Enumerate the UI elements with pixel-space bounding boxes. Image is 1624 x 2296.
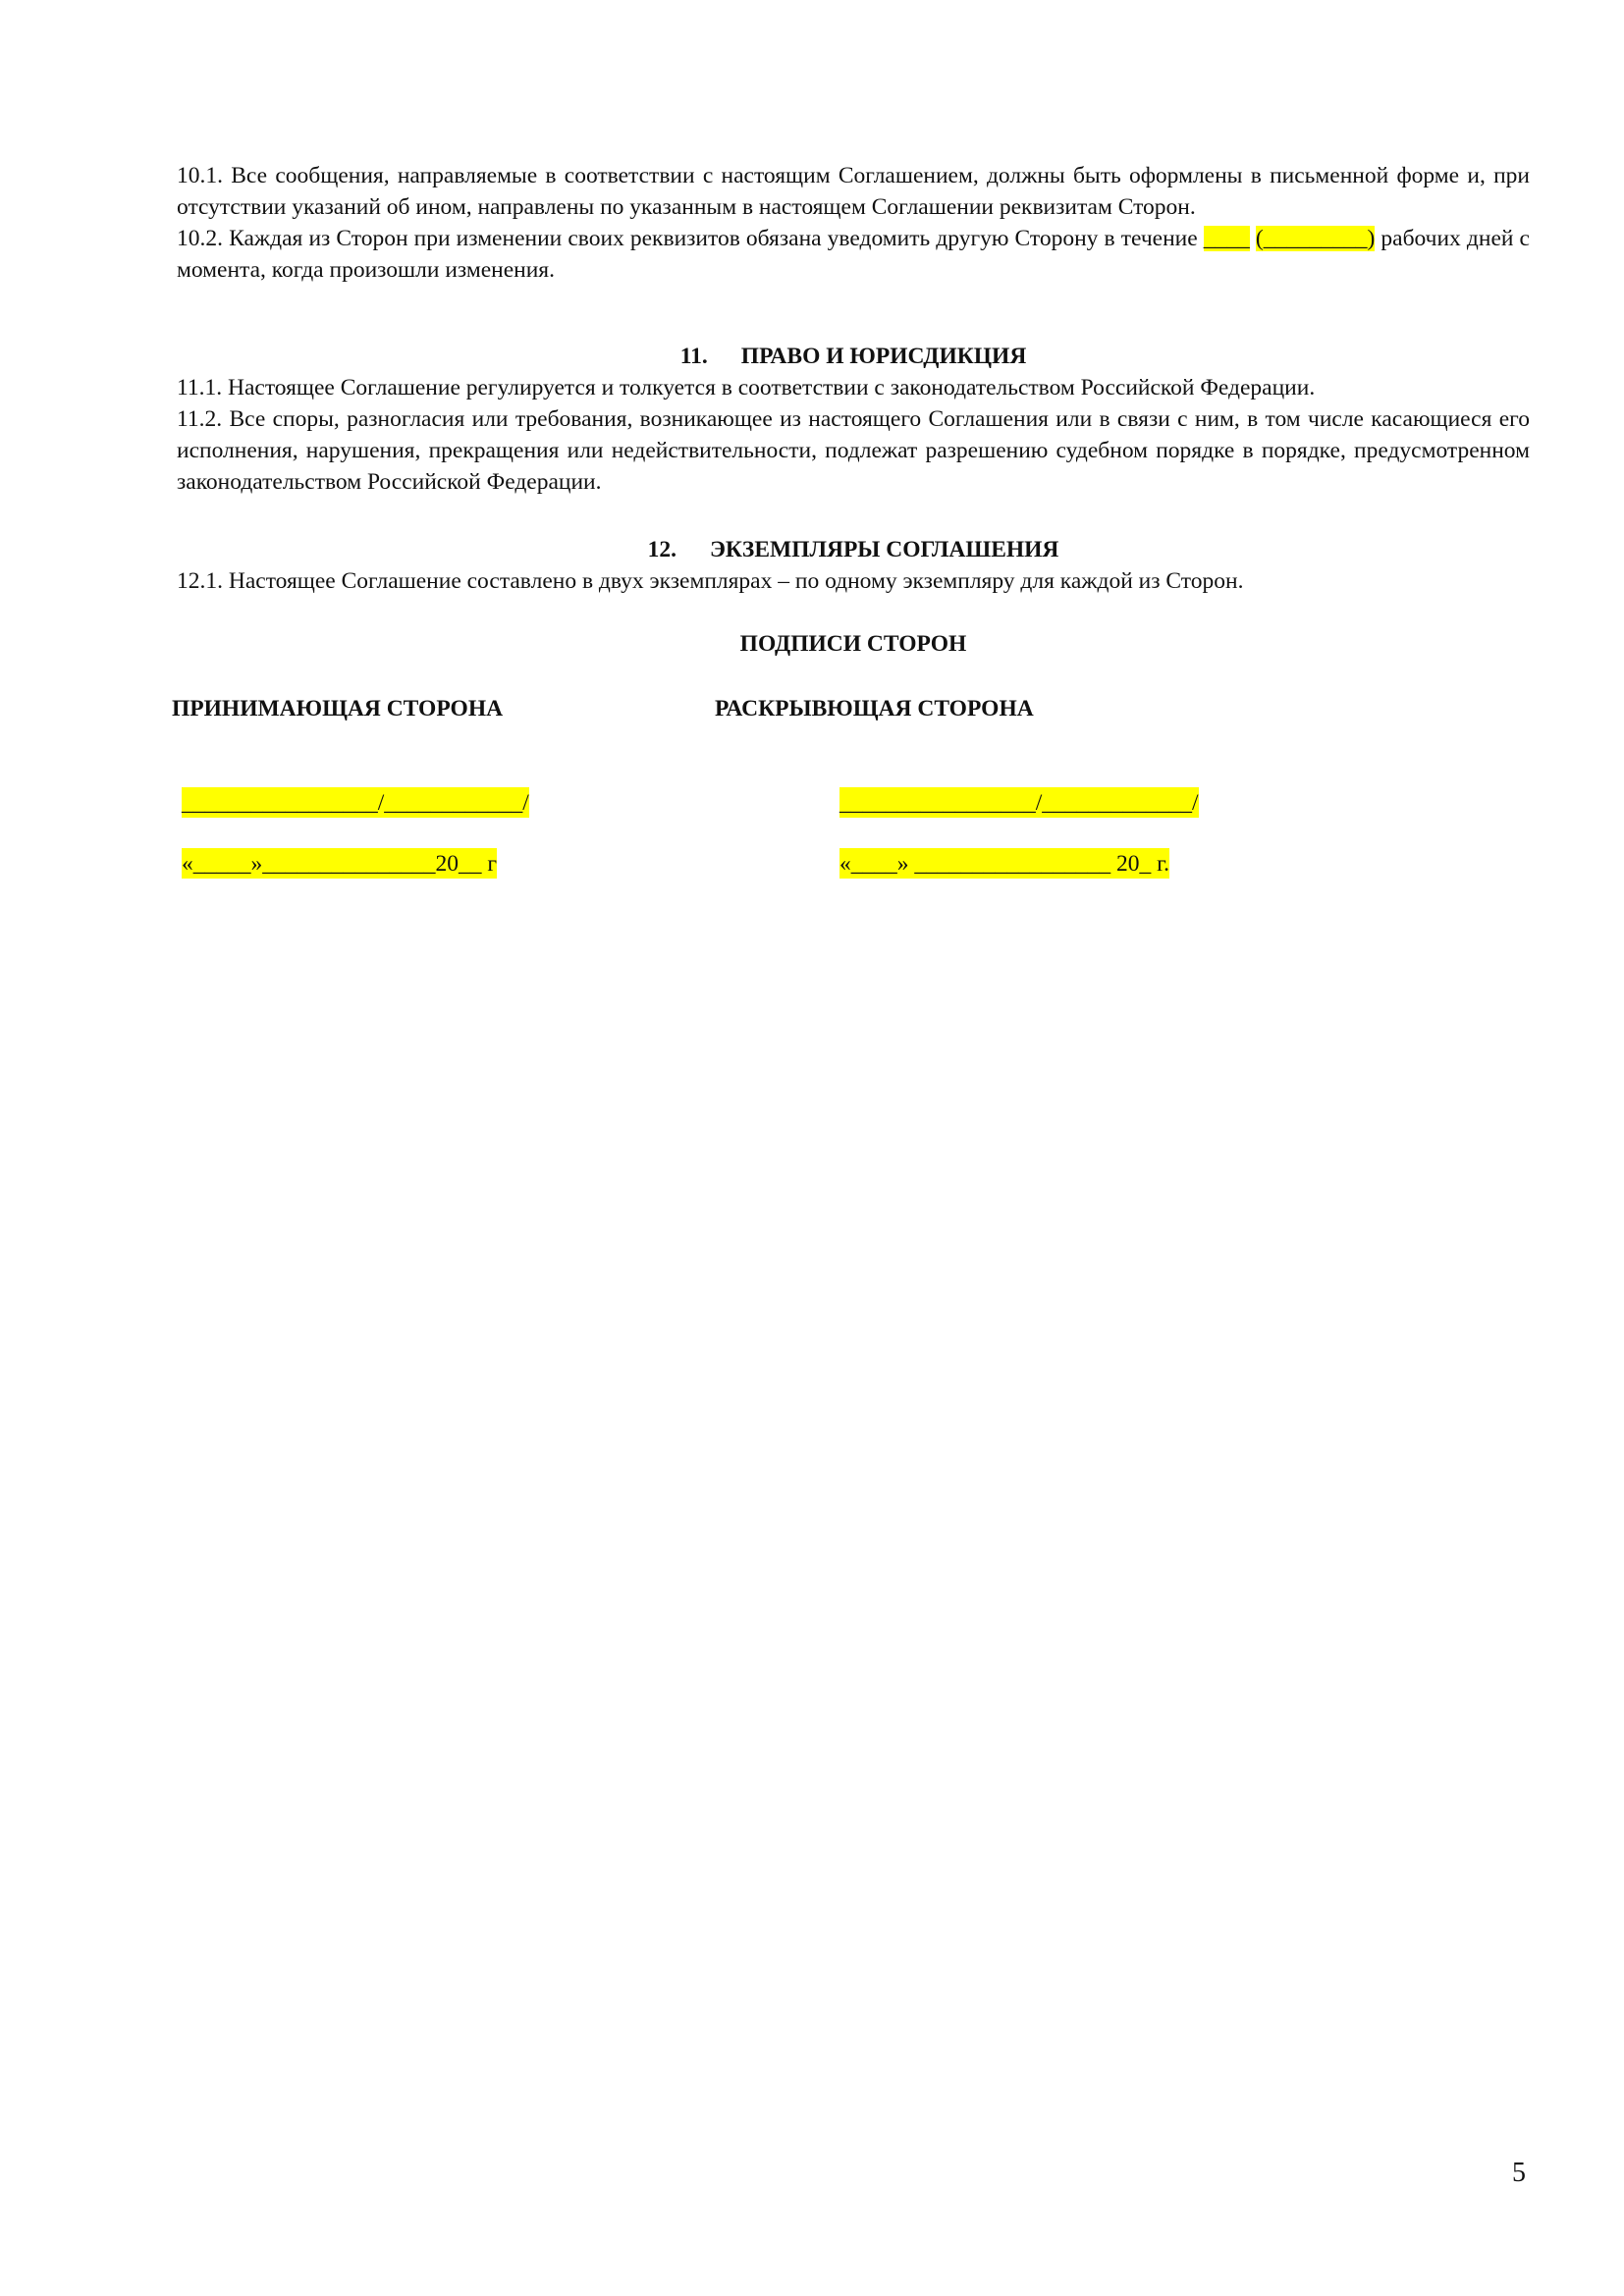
section-11-title: ПРАВО И ЮРИСДИКЦИЯ <box>741 344 1027 369</box>
section-11-heading: 11.ПРАВО И ЮРИСДИКЦИЯ <box>177 341 1530 372</box>
days-words-blank[interactable]: (_________) <box>1256 226 1375 251</box>
disclosing-party-date-field[interactable]: «____» _________________ 20_ г. <box>839 848 1169 879</box>
clause-10-2: 10.2. Каждая из Сторон при изменении сво… <box>177 223 1530 286</box>
section-12-heading: 12.ЭКЗЕМПЛЯРЫ СОГЛАШЕНИЯ <box>177 534 1530 565</box>
receiving-party-signature-field[interactable]: _________________/____________/ <box>182 787 529 818</box>
clause-10-2-text-before: 10.2. Каждая из Сторон при изменении сво… <box>177 226 1204 251</box>
days-count-blank[interactable]: ____ <box>1204 226 1250 251</box>
clause-10-1: 10.1. Все сообщения, направляемые в соот… <box>177 160 1530 223</box>
clause-11-2: 11.2. Все споры, разногласия или требова… <box>177 403 1530 498</box>
disclosing-party-label: РАСКРЫВЮЩАЯ СТОРОНА <box>715 693 1034 724</box>
section-11-body: 11.1. Настоящее Соглашение регулируется … <box>177 372 1530 498</box>
document-page: 10.1. Все сообщения, направляемые в соот… <box>0 0 1624 2296</box>
receiving-party-date-field[interactable]: «_____»_______________20__ г <box>182 848 497 879</box>
space <box>1250 226 1256 251</box>
section-12-title: ЭКЗЕМПЛЯРЫ СОГЛАШЕНИЯ <box>710 537 1058 562</box>
section-11-number: 11. <box>680 341 708 372</box>
page-number: 5 <box>1512 2158 1526 2189</box>
clause-12-1: 12.1. Настоящее Соглашение составлено в … <box>177 565 1530 597</box>
disclosing-party-signature-field[interactable]: _________________/_____________/ <box>839 787 1199 818</box>
section-12-body: 12.1. Настоящее Соглашение составлено в … <box>177 565 1530 597</box>
section-10-body: 10.1. Все сообщения, направляемые в соот… <box>177 160 1530 286</box>
clause-11-1: 11.1. Настоящее Соглашение регулируется … <box>177 372 1530 403</box>
signatures-heading: ПОДПИСИ СТОРОН <box>177 628 1530 660</box>
receiving-party-label: ПРИНИМАЮЩАЯ СТОРОНА <box>172 693 503 724</box>
section-12-number: 12. <box>648 534 677 565</box>
